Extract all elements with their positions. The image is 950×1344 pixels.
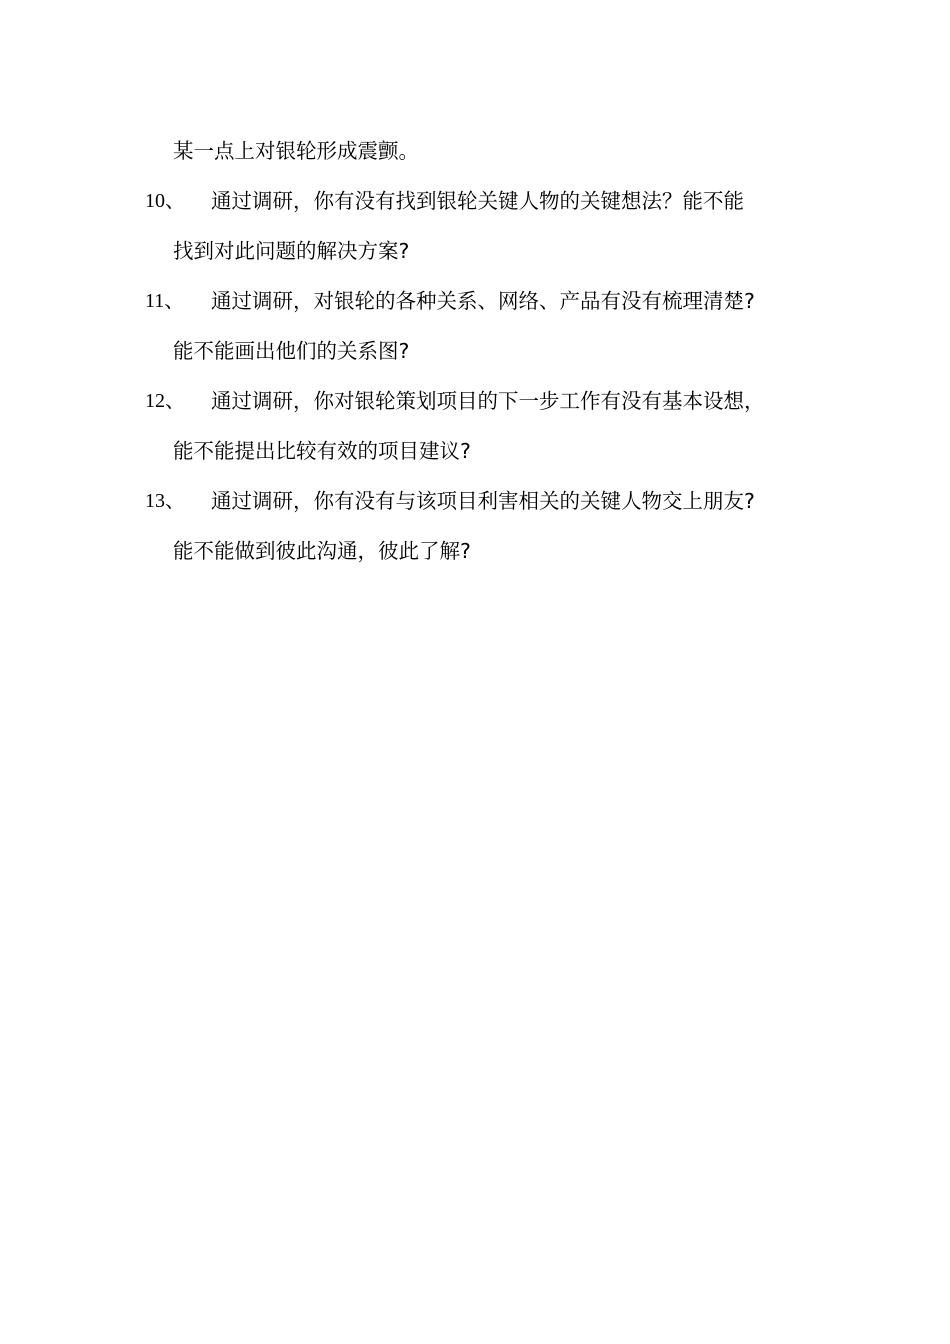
list-item-number: 13、 bbox=[145, 488, 185, 514]
list-item-number: 12、 bbox=[145, 388, 185, 414]
list-item-text-line2: 找到对此问题的解决方案? bbox=[173, 238, 409, 264]
list-item-text-line1: 通过调研，你对银轮策划项目的下一步工作有没有基本设想， bbox=[211, 388, 765, 414]
list-item-text-line1: 通过调研，你有没有找到银轮关键人物的关键想法？能不能 bbox=[211, 188, 744, 214]
list-item-text-line2: 能不能画出他们的关系图? bbox=[173, 338, 409, 364]
list-item-number: 10、 bbox=[145, 188, 185, 214]
list-item-text-line1: 通过调研，对银轮的各种关系、网络、产品有没有梳理清楚? bbox=[211, 288, 755, 314]
list-item-text-line2: 能不能做到彼此沟通，彼此了解? bbox=[173, 538, 471, 564]
list-item-number: 11、 bbox=[145, 288, 184, 314]
paragraph-continuation: 某一点上对银轮形成震颤。 bbox=[173, 138, 419, 164]
document-page: 某一点上对银轮形成震颤。 10、 通过调研，你有没有找到银轮关键人物的关键想法？… bbox=[0, 0, 950, 1344]
list-item-text-line2: 能不能提出比较有效的项目建议? bbox=[173, 438, 471, 464]
list-item-text-line1: 通过调研，你有没有与该项目利害相关的关键人物交上朋友? bbox=[211, 488, 755, 514]
